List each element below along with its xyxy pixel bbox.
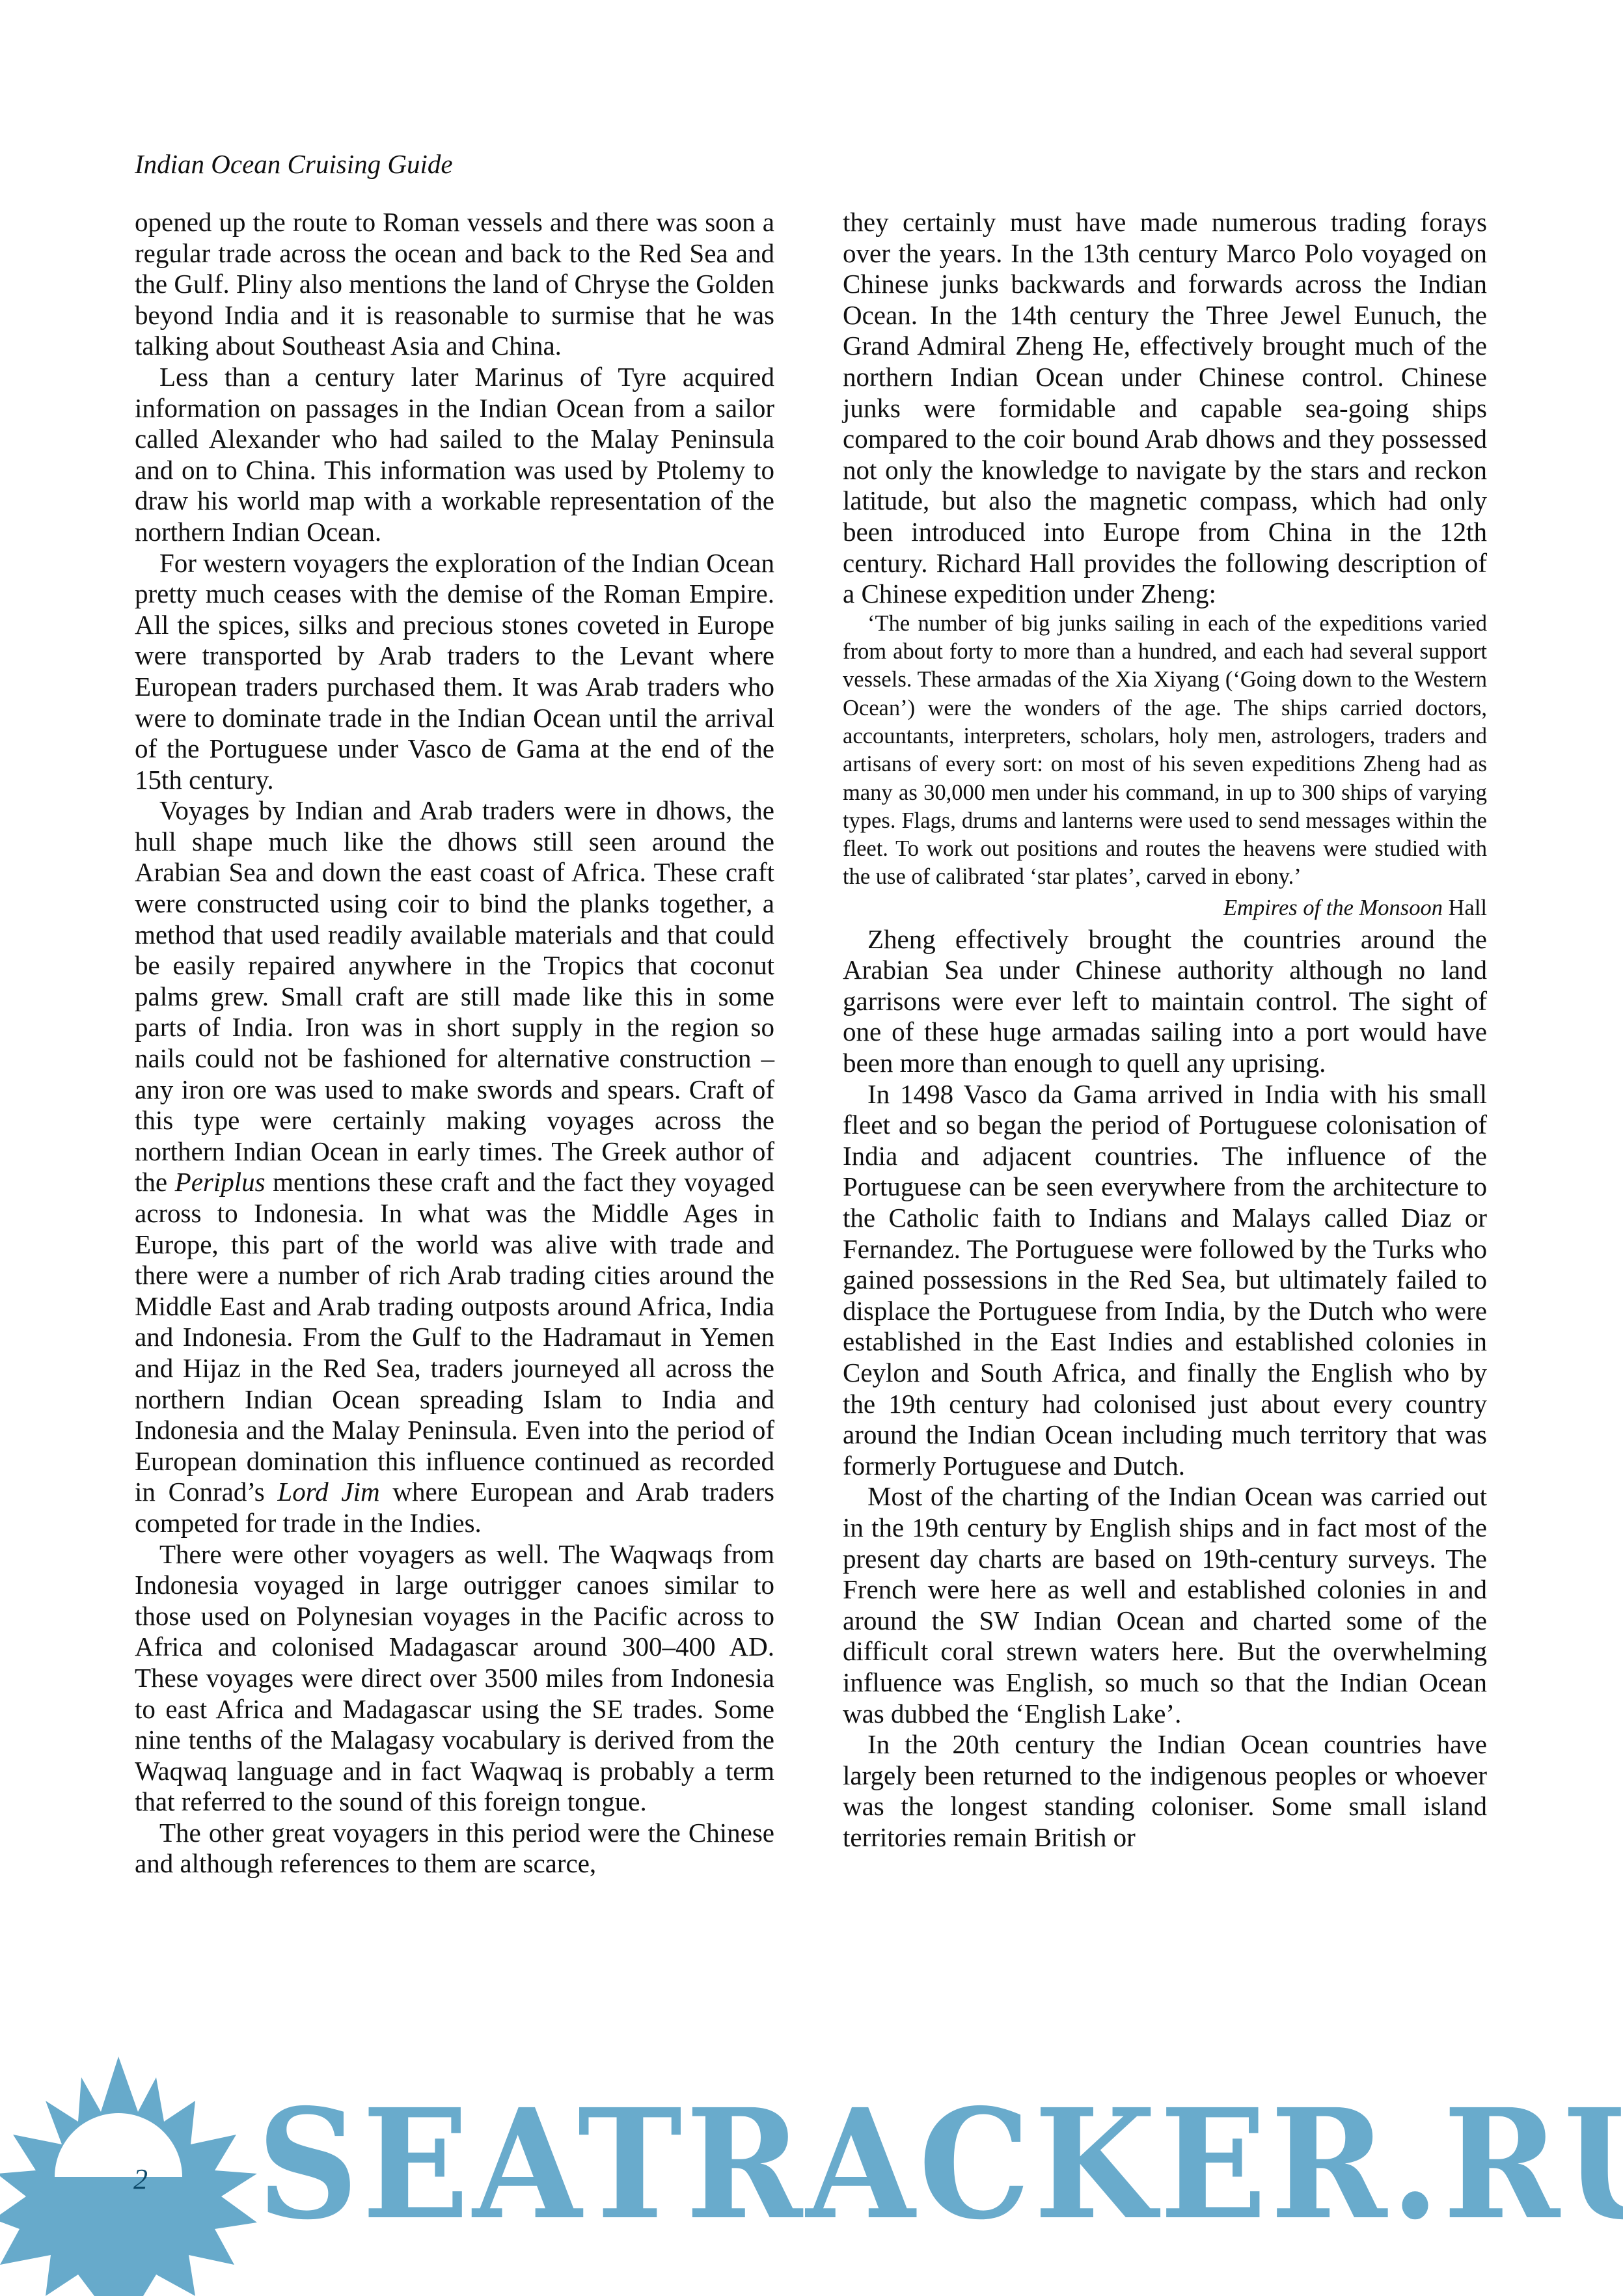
right-column: they certainly must have made numerous t… (843, 207, 1487, 1853)
watermark-text: SEATRACKER.RU (257, 2089, 1623, 2240)
paragraph: opened up the route to Roman vessels and… (135, 207, 774, 362)
running-head: Indian Ocean Cruising Guide (135, 148, 453, 180)
book-title: Periplus (175, 1167, 266, 1197)
block-quote: ‘The number of big junks sailing in each… (843, 610, 1487, 892)
quote-attribution: Empires of the Monsoon Hall (843, 892, 1487, 924)
paragraph: Voyages by Indian and Arab traders were … (135, 795, 774, 1538)
left-column: opened up the route to Roman vessels and… (135, 207, 774, 1879)
paragraph-text: Voyages by Indian and Arab traders were … (135, 795, 774, 1197)
paragraph: In 1498 Vasco da Gama arrived in India w… (843, 1079, 1487, 1482)
attribution-title: Empires of the Monsoon (1223, 895, 1443, 920)
book-title: Lord Jim (277, 1477, 379, 1507)
paragraph: they certainly must have made numerous t… (843, 207, 1487, 610)
paragraph-text: mentions these craft and the fact they v… (135, 1167, 774, 1507)
paragraph: In the 20th century the Indian Ocean cou… (843, 1729, 1487, 1853)
paragraph: Most of the charting of the Indian Ocean… (843, 1481, 1487, 1729)
paragraph: The other great voyagers in this period … (135, 1818, 774, 1879)
paragraph: For western voyagers the exploration of … (135, 548, 774, 796)
book-page: Indian Ocean Cruising Guide opened up th… (0, 0, 1623, 2296)
attribution-author: Hall (1449, 895, 1487, 920)
paragraph: There were other voyagers as well. The W… (135, 1539, 774, 1818)
paragraph: Zheng effectively brought the countries … (843, 924, 1487, 1079)
page-number: 2 (133, 2163, 148, 2196)
paragraph: Less than a century later Marinus of Tyr… (135, 362, 774, 548)
